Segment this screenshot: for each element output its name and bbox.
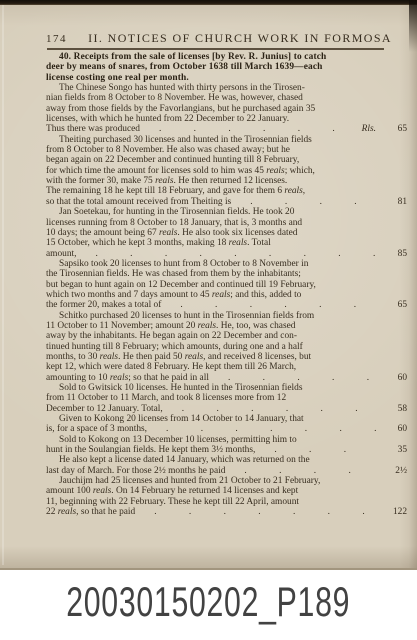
amount-line-text: amount, [46, 249, 76, 259]
scanned-book-page: 174 II. NOTICES OF CHURCH WORK IN FORMOS… [0, 0, 417, 570]
scan-left-edge-highlight [2, 5, 4, 565]
amount-value: 35 [383, 445, 407, 455]
text-line: 10 days; the amount being 67 reals. He a… [46, 228, 365, 238]
amount-line-text: last day of March. For those 2½ months h… [46, 466, 225, 476]
amount-line: hunt in the Soulangian fields. He kept t… [46, 445, 407, 455]
text-line: with the former 30, make 75 reals. He th… [46, 176, 365, 186]
watermark-text: 20030150202_P189 [67, 578, 351, 626]
text-line: but began to hunt again on 12 December a… [46, 280, 365, 290]
paragraph: Given to Kokong 20 licenses from 14 Octo… [46, 414, 407, 435]
amount-line: amounting to 10 reals; so that he paid i… [46, 373, 407, 383]
dot-leader [168, 404, 378, 414]
dot-leader [140, 507, 378, 517]
text-line: Sapsiko took 20 licenses to hunt from 8 … [46, 259, 365, 269]
amount-line: 22 reals, so that he paid122 [46, 507, 407, 517]
scan-right-edge-shadow [409, 0, 417, 52]
text-line: Schitko purchased 20 licenses to hunt in… [46, 311, 365, 321]
text-line: nian fields from 8 October to 8 November… [46, 93, 365, 103]
amount-line: December to 12 January. Total,58 [46, 404, 407, 414]
text-line: He also kept a license dated 14 January,… [46, 455, 365, 465]
amount-line-text: December to 12 January. Total, [46, 404, 163, 414]
amount-line: the former 20, makes a total of65 [46, 300, 407, 310]
paragraph: The Chinese Songo has hunted with thirty… [46, 83, 407, 135]
text-line: for which time the amount for licenses s… [46, 166, 365, 176]
paragraph: He also kept a license dated 14 January,… [46, 455, 407, 476]
text-line: from 8 October to 8 November. He also wa… [46, 145, 365, 155]
paragraph: Jauchijm had 25 licenses and hunted from… [46, 476, 407, 517]
amount-value: 2½ [383, 466, 407, 476]
amount-value: 65 [383, 300, 407, 310]
text-line: licenses, with which he hunted from 22 D… [46, 114, 365, 124]
amount-line-text: hunt in the Soulangian fields. He kept t… [46, 445, 255, 455]
paragraph: Sold to Kokong on 13 December 10 license… [46, 435, 407, 456]
text-line: amount 100 reals. On 14 February he retu… [46, 486, 365, 496]
paragraph: Theiting purchased 30 licenses and hunte… [46, 135, 407, 207]
amount-value: 60 [383, 424, 407, 434]
amount-line-text: 22 reals, so that he paid [46, 507, 135, 517]
text-line: the Tirosennian fields. He was chased fr… [46, 269, 365, 279]
text-line: The Chinese Songo has hunted with thirty… [46, 83, 365, 93]
text-line: Given to Kokong 20 licenses from 14 Octo… [46, 414, 365, 424]
text-line: kept 12, which were dated 8 February. He… [46, 362, 365, 372]
body-text: 40. Receipts from the sale of licenses [… [46, 52, 407, 522]
paragraph: Sold to Gwitsick 10 licenses. He hunted … [46, 383, 407, 414]
amount-value: 65 [383, 124, 407, 134]
watermark-bar: 20030150202_P189 [0, 570, 417, 640]
amount-value: 58 [383, 404, 407, 414]
text-line: Theiting purchased 30 licenses and hunte… [46, 135, 365, 145]
paragraph: 40. Receipts from the sale of licenses [… [46, 52, 407, 83]
text-line: licenses running from 8 October to 18 Ja… [46, 218, 365, 228]
amount-line-text: so that the total amount received from T… [46, 197, 231, 207]
scan-top-edge [0, 0, 417, 5]
text-line: away by the inhabitants. He began again … [46, 331, 365, 341]
amount-value: 60 [383, 373, 407, 383]
text-line: months, to 30 reals. He then paid 50 rea… [46, 352, 365, 362]
dot-leader [214, 373, 378, 383]
text-line: which two months and 7 days amount to 45… [46, 290, 365, 300]
text-line: Sold to Gwitsick 10 licenses. He hunted … [46, 383, 365, 393]
text-line: 15 October, which he kept 3 months, maki… [46, 238, 365, 248]
text-line: license costing one real per month. [46, 73, 395, 83]
text-line: 11, beginning with 22 February. These he… [46, 497, 365, 507]
text-line: tinued hunting till 8 February; which am… [46, 342, 365, 352]
amount-line-text: Thus there was produced [46, 124, 140, 134]
amount-value: 122 [383, 507, 407, 517]
text-line: Sold to Kokong on 13 December 10 license… [46, 435, 365, 445]
amount-line: is, for a space of 3 months,60 [46, 424, 407, 434]
amount-line: amount,85 [46, 249, 407, 259]
dot-leader [230, 466, 378, 476]
paragraph: Sapsiko took 20 licenses to hunt from 8 … [46, 259, 407, 311]
header-rule [47, 48, 384, 50]
amount-value: 81 [383, 197, 407, 207]
dot-leader [236, 197, 378, 207]
amount-line: so that the total amount received from T… [46, 197, 407, 207]
dot-leader [145, 124, 357, 134]
dot-leader [152, 424, 378, 434]
currency-unit: Rls. [362, 124, 376, 134]
text-line: 40. Receipts from the sale of licenses [… [46, 52, 395, 62]
paragraph: Jan Soetekau, for hunting in the Tirosen… [46, 207, 407, 259]
text-line: Jan Soetekau, for hunting in the Tirosen… [46, 207, 365, 217]
text-line: The remaining 18 he kept till 18 Februar… [46, 186, 365, 196]
dot-leader [166, 300, 378, 310]
running-title: II. NOTICES OF CHURCH WORK IN FORMOSA [88, 31, 392, 46]
amount-line: last day of March. For those 2½ months h… [46, 466, 407, 476]
amount-line-text: the former 20, makes a total of [46, 300, 161, 310]
text-line: away from those fields by the Favorlangi… [46, 104, 365, 114]
amount-value: 85 [383, 249, 407, 259]
amount-line-text: is, for a space of 3 months, [46, 424, 147, 434]
page-number: 174 [46, 33, 88, 45]
text-line: 11 October to 11 November; amount 20 rea… [46, 321, 365, 331]
dot-leader [260, 445, 378, 455]
dot-leader [81, 249, 378, 259]
paragraph: Schitko purchased 20 licenses to hunt in… [46, 311, 407, 383]
text-line: Jauchijm had 25 licenses and hunted from… [46, 476, 365, 486]
amount-line-text: amounting to 10 reals; so that he paid i… [46, 373, 209, 383]
text-line: deer by means of snares, from October 16… [46, 62, 395, 72]
text-line: from 11 October to 11 March, and took 8 … [46, 393, 365, 403]
amount-line: Thus there was producedRls.65 [46, 124, 407, 134]
running-head: 174 II. NOTICES OF CHURCH WORK IN FORMOS… [46, 31, 392, 46]
text-line: began again on 22 December and continued… [46, 155, 365, 165]
